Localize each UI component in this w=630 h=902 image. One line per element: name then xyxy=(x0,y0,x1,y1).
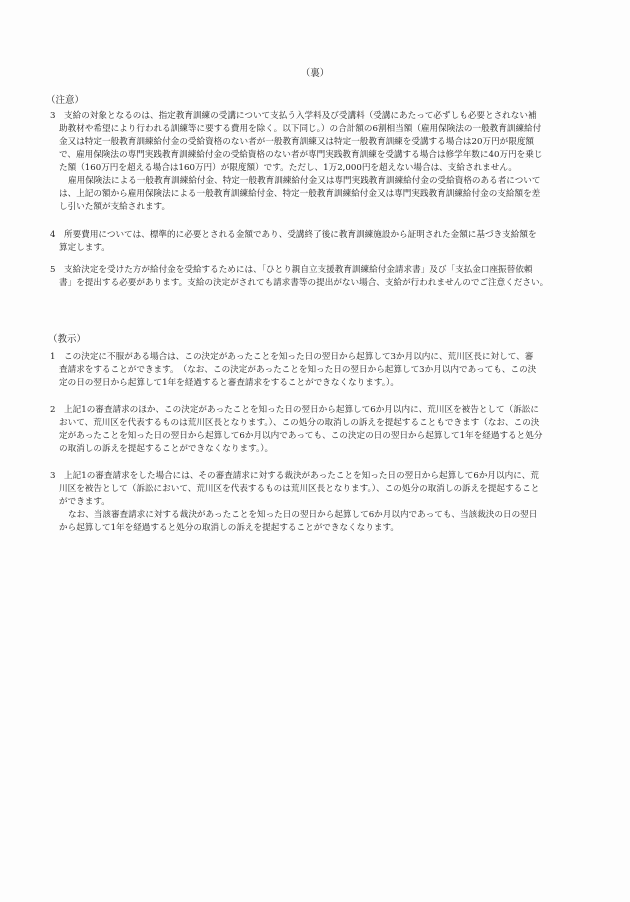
text-line: 川区を被告として（訴訟において、荒川区を代表するものは荒川区長となります。）、こ… xyxy=(50,483,588,496)
text-line: 金又は特定一般教育訓練給付金の受給資格のない者が一般教育訓練又は特定一般教育訓練… xyxy=(50,136,588,149)
text-line: の取消しの訴えを提起することができなくなります。）。 xyxy=(50,443,588,456)
instructions-heading: （教示） xyxy=(48,331,86,345)
text-line: 2 上記1の審査請求のほか、この決定があったことを知った日の翌日から起算して6か… xyxy=(50,404,588,417)
text-line: 算定します。 xyxy=(50,242,588,255)
text-line: なお、当該審査請求に対する裁決があったことを知った日の翌日から起算して6か月以内… xyxy=(50,509,588,522)
text-line: 雇用保険法による一般教育訓練給付金、特定一般教育訓練給付金又は専門実践教育訓練給… xyxy=(50,175,588,188)
note-item-4: 4 所要費用については、標準的に必要とされる金額であり、受講終了後に教育訓練施設… xyxy=(50,229,588,255)
text-line: 定があったことを知った日の翌日から起算して6か月以内であっても、この決定の日の翌… xyxy=(50,430,588,443)
instruction-item-2: 2 上記1の審査請求のほか、この決定があったことを知った日の翌日から起算して6か… xyxy=(50,404,588,456)
text-line: 査請求をすることができます。 （なお、この決定があったことを知った日の翌日から起… xyxy=(50,364,588,377)
note-item-5: 5 支給決定を受けた方が給付金を受給するためには、「ひとり親自立支援教育訓練給付… xyxy=(50,264,588,290)
text-line: 1 この決定に不服がある場合は、この決定があったことを知った日の翌日から起算して… xyxy=(50,351,588,364)
text-line: は、上記の額から雇用保険法による一般教育訓練給付金、特定一般教育訓練給付金又は専… xyxy=(50,188,588,201)
text-line: 4 所要費用については、標準的に必要とされる金額であり、受講終了後に教育訓練施設… xyxy=(50,229,588,242)
page-marker: （裏） xyxy=(0,65,630,79)
text-line: 書」を提出する必要があります。支給の決定がされても請求書等の提出がない場合、支給… xyxy=(50,277,588,290)
text-line: ができます。 xyxy=(50,496,588,509)
instruction-item-3: 3 上記1の審査請求をした場合には、その審査請求に対する裁決があったことを知った… xyxy=(50,470,588,535)
text-line: し引いた額が支給されます。 xyxy=(50,201,588,214)
text-line: から起算して1年を経過すると処分の取消しの訴えを提起することができなくなります。 xyxy=(50,522,588,535)
text-line: た額（160万円を超える場合は160万円）が限度額）です。ただし、1万2,000… xyxy=(50,162,588,175)
notes-heading: （注意） xyxy=(46,92,84,106)
text-line: おいて、荒川区を代表するものは荒川区長となります。）、この処分の取消しの訴えを提… xyxy=(50,417,588,430)
text-line: で、雇用保険法の専門実践教育訓練給付金の受給資格のない者が専門実践教育訓練を受講… xyxy=(50,149,588,162)
text-line: 5 支給決定を受けた方が給付金を受給するためには、「ひとり親自立支援教育訓練給付… xyxy=(50,264,588,277)
instruction-item-1: 1 この決定に不服がある場合は、この決定があったことを知った日の翌日から起算して… xyxy=(50,351,588,390)
text-line: 助教材や希望により行われる訓練等に要する費用を除く。以下同じ。）の合計額の6割相… xyxy=(50,123,588,136)
note-item-3: 3 支給の対象となるのは、指定教育訓練の受講について支払う入学料及び受講料（受講… xyxy=(50,110,588,214)
text-line: 定の日の翌日から起算して1年を経過すると審査請求をすることができなくなります。）… xyxy=(50,377,588,390)
text-line: 3 上記1の審査請求をした場合には、その審査請求に対する裁決があったことを知った… xyxy=(50,470,588,483)
text-line: 3 支給の対象となるのは、指定教育訓練の受講について支払う入学料及び受講料（受講… xyxy=(50,110,588,123)
